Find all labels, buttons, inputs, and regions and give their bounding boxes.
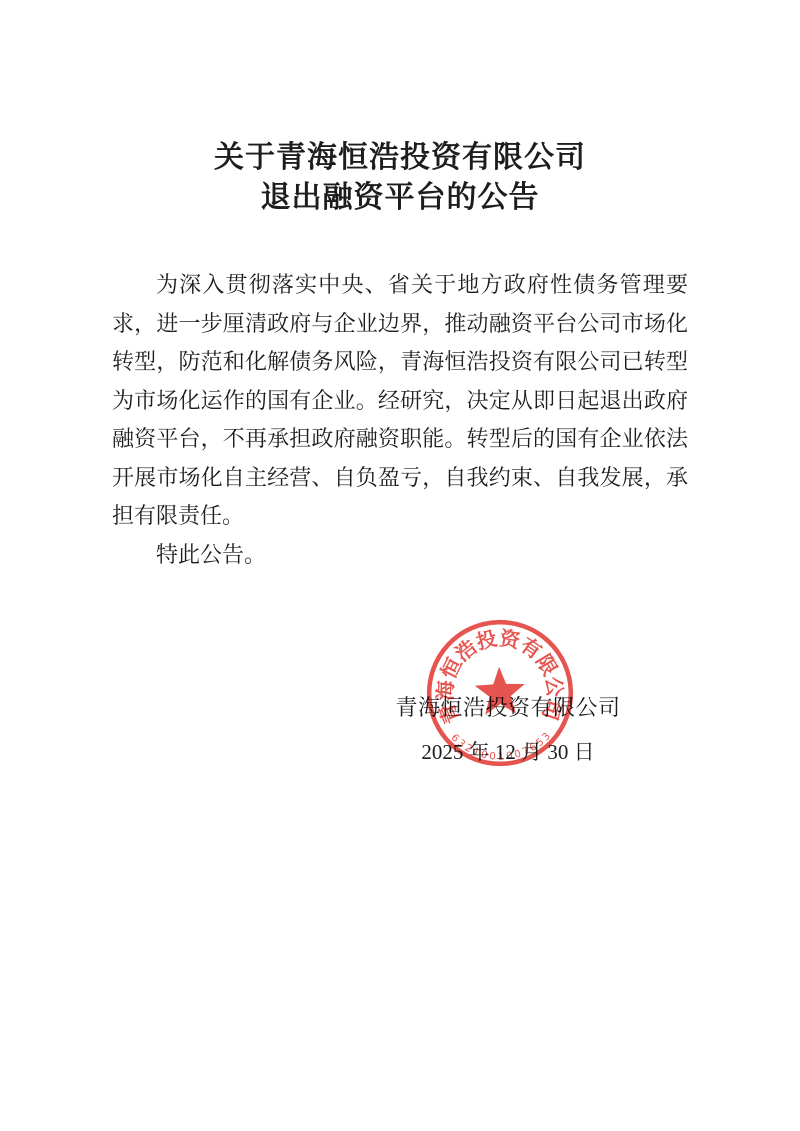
document-title: 关于青海恒浩投资有限公司 退出融资平台的公告	[0, 0, 800, 218]
closing-line: 特此公告。	[112, 536, 688, 575]
document-body: 为深入贯彻落实中央、省关于地方政府性债务管理要求，进一步厘清政府与企业边界，推动…	[112, 266, 688, 574]
company-seal: 青海恒浩投资有限公司 6321001007653	[411, 604, 589, 782]
seal-serial-number-content: 6321001007653	[448, 729, 555, 765]
announcement-page: 关于青海恒浩投资有限公司 退出融资平台的公告 为深入贯彻落实中央、省关于地方政府…	[0, 0, 800, 1131]
seal-serial-number: 6321001007653	[448, 729, 555, 765]
title-line-1: 关于青海恒浩投资有限公司	[0, 138, 800, 178]
title-line-2: 退出融资平台的公告	[0, 178, 800, 218]
seal-star-icon	[474, 666, 526, 715]
body-paragraph: 为深入贯彻落实中央、省关于地方政府性债务管理要求，进一步厘清政府与企业边界，推动…	[112, 266, 688, 536]
